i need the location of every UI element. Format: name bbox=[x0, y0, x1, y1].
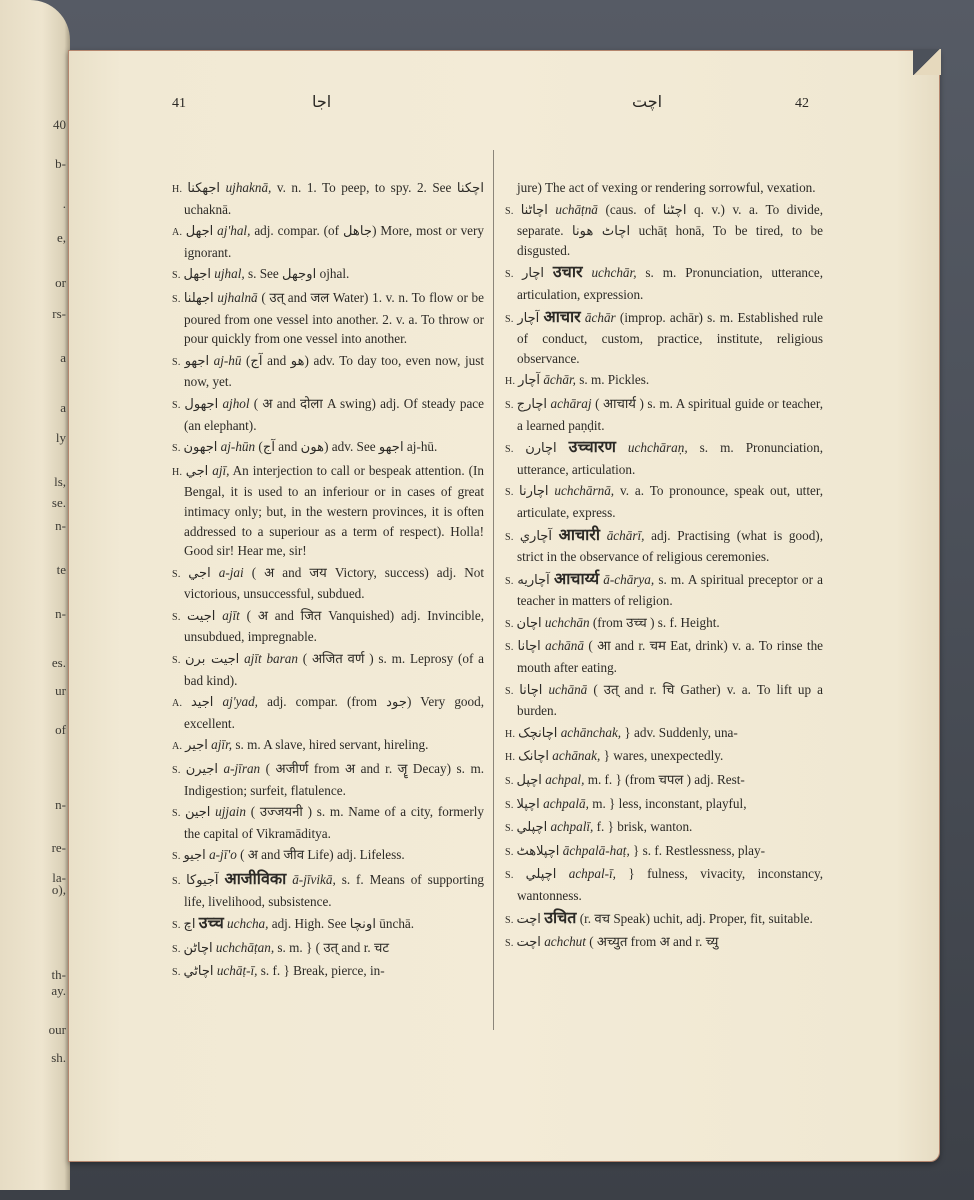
transliteration: uchchāṭan, bbox=[216, 940, 274, 955]
dictionary-entry: H. اجي ajī, An interjection to call or b… bbox=[172, 461, 484, 561]
definition: jure) The act of vexing or rendering sor… bbox=[517, 180, 816, 195]
source-label: S. bbox=[172, 765, 186, 776]
source-label: S. bbox=[172, 443, 183, 454]
source-label: S. bbox=[505, 938, 516, 949]
devanagari-headword: उच्च bbox=[199, 913, 224, 932]
urdu-headword: اچاٹنا bbox=[521, 203, 548, 218]
transliteration: a-jī'o bbox=[209, 847, 237, 862]
left-page-number: 41 bbox=[172, 96, 186, 112]
definition: (from उच्च ) s. f. Height. bbox=[593, 615, 720, 630]
transliteration: uchāṭnā bbox=[555, 202, 598, 217]
source-label: S. bbox=[505, 823, 516, 834]
urdu-headword: اچانا bbox=[519, 683, 542, 698]
source-label: S. bbox=[505, 269, 522, 280]
transliteration: uchcha, bbox=[227, 916, 268, 931]
dictionary-entry: S. اجهول ajhol ( अ and दोला A swing) adj… bbox=[172, 394, 484, 435]
source-label: H. bbox=[172, 467, 186, 478]
right-running-head: اچت bbox=[632, 92, 662, 111]
dictionary-entry: S. اچپلاهٹ āchpalā-haṭ, } s. f. Restless… bbox=[505, 841, 823, 863]
column-divider bbox=[493, 150, 494, 1030]
source-label: S. bbox=[172, 967, 183, 978]
dictionary-entry: S. اچپل achpal, m. f. } (from चपल ) adj.… bbox=[505, 770, 823, 792]
source-label: S. bbox=[505, 444, 525, 455]
source-label: H. bbox=[505, 752, 518, 763]
urdu-headword: آجيوكا bbox=[186, 873, 218, 888]
urdu-headword: اچاٹن bbox=[183, 941, 212, 956]
definition: } fulness, vivacity, inconstancy, wanton… bbox=[517, 866, 823, 903]
transliteration: ujhaknā, bbox=[226, 180, 272, 195]
dictionary-entry: S. آچاريه आचार्य्य ā-chārya, s. m. A spi… bbox=[505, 569, 823, 611]
source-label: S. bbox=[505, 686, 519, 697]
devanagari-headword: उच्चारण bbox=[569, 437, 616, 456]
definition: adj. High. See اونچا ūnchā. bbox=[272, 916, 414, 931]
urdu-headword: اجهول bbox=[184, 397, 218, 412]
urdu-headword: اچارنا bbox=[519, 484, 548, 499]
transliteration: achānak, bbox=[552, 748, 600, 763]
dictionary-entry: S. اجهون aj-hūn (آج and هون) adv. See اج… bbox=[172, 437, 484, 459]
source-label: S. bbox=[172, 294, 184, 305]
previous-page-text: re- bbox=[52, 840, 66, 856]
transliteration: ajī, bbox=[212, 463, 229, 478]
transliteration: aj'hal, bbox=[217, 223, 250, 238]
previous-page-text: a bbox=[60, 400, 66, 416]
dictionary-entry: S. اجهو aj-hū (آج and هو) adv. To day to… bbox=[172, 351, 484, 392]
dictionary-entry: S. اجيو a-jī'o ( अ and जीव Life) adj. Li… bbox=[172, 845, 484, 867]
source-label: S. bbox=[172, 876, 186, 887]
urdu-headword: اچپلي bbox=[526, 867, 557, 882]
transliteration: achpalī, bbox=[550, 819, 593, 834]
transliteration: achānā bbox=[545, 638, 584, 653]
urdu-headword: اجيت برن bbox=[185, 652, 239, 667]
right-column: jure) The act of vexing or rendering sor… bbox=[505, 178, 823, 956]
transliteration: ajhol bbox=[222, 396, 249, 411]
urdu-headword: آچاريه bbox=[517, 573, 549, 588]
transliteration: āchārī, bbox=[607, 528, 645, 543]
devanagari-headword: आचारी bbox=[559, 525, 600, 544]
dictionary-entry: S. اچاٹي uchāṭ-ī, s. f. } Break, pierce,… bbox=[172, 961, 484, 983]
transliteration: achpal-ī, bbox=[569, 866, 616, 881]
dictionary-entry: S. اچ उच्च uchcha, adj. High. See اونچا … bbox=[172, 913, 484, 936]
dictionary-entry: H. اچانک achānak, } wares, unexpectedly. bbox=[505, 746, 823, 768]
urdu-headword: اجيت bbox=[187, 609, 215, 624]
urdu-headword: آچار bbox=[517, 311, 539, 326]
transliteration: a-jai bbox=[219, 565, 244, 580]
urdu-headword: اجهلنا bbox=[184, 291, 214, 306]
dictionary-entry: S. آجيوكا आजीविका ā-jīvikā, s. f. Means … bbox=[172, 869, 484, 911]
source-label: A. bbox=[172, 698, 191, 709]
devanagari-headword: आजीविका bbox=[224, 869, 286, 888]
dictionary-entry: S. آچار आचार āchār (improp. achār) s. m.… bbox=[505, 307, 823, 369]
definition: s. f. } Break, pierce, in- bbox=[261, 963, 385, 978]
urdu-headword: اچانا bbox=[518, 639, 541, 654]
definition: } s. f. Restlessness, play- bbox=[633, 843, 765, 858]
definition: (آج and هون) adv. See اجهو aj-hū. bbox=[258, 439, 437, 454]
dictionary-entry: A. اجيد aj'yad, adj. compar. (from جود) … bbox=[172, 692, 484, 733]
transliteration: uchchāraṇ, bbox=[628, 440, 688, 455]
urdu-headword: آچاري bbox=[520, 529, 552, 544]
dictionary-entry: S. اچانا achānā ( आ and r. चम Eat, drink… bbox=[505, 636, 823, 677]
urdu-headword: اچپلي bbox=[516, 820, 547, 835]
dictionary-entry: S. اچان uchchān (from उच्च ) s. f. Heigh… bbox=[505, 613, 823, 635]
urdu-headword: اچارج bbox=[517, 397, 547, 412]
transliteration: achāraj bbox=[551, 396, 592, 411]
source-label: S. bbox=[172, 920, 183, 931]
dictionary-entry: S. اجهلنا ujhalnā ( उत् and जल Water) 1.… bbox=[172, 288, 484, 349]
source-label: S. bbox=[172, 357, 185, 368]
dictionary-entry: A. اجهل aj'hal, adj. compar. (of جاهل) M… bbox=[172, 221, 484, 262]
dictionary-entry: S. اچاٹن uchchāṭan, s. m. } ( उत् and r.… bbox=[172, 938, 484, 960]
definition: s. m. A slave, hired servant, hireling. bbox=[235, 737, 428, 752]
previous-page-text: th- bbox=[52, 967, 66, 983]
source-label: S. bbox=[505, 576, 517, 587]
transliteration: a-jīran bbox=[224, 761, 261, 776]
urdu-headword: اجهو bbox=[185, 354, 209, 369]
transliteration: āchār, bbox=[543, 372, 576, 387]
dictionary-entry: jure) The act of vexing or rendering sor… bbox=[505, 178, 823, 198]
previous-page-text: ly bbox=[56, 430, 66, 446]
transliteration: aj-hū bbox=[214, 353, 242, 368]
urdu-headword: اچپل bbox=[516, 773, 541, 788]
source-label: S. bbox=[505, 314, 517, 325]
source-label: S. bbox=[172, 851, 183, 862]
source-label: H. bbox=[172, 184, 187, 195]
dictionary-entry: S. اچارنا uchchārnā, v. a. To pronounce,… bbox=[505, 481, 823, 522]
previous-page-text: es. bbox=[52, 655, 66, 671]
previous-page-text: our bbox=[49, 1022, 66, 1038]
source-label: S. bbox=[505, 847, 516, 858]
urdu-headword: اچت bbox=[516, 912, 540, 927]
dictionary-entry: S. اجي a-jai ( अ and जय Victory, success… bbox=[172, 563, 484, 604]
definition: m. } less, inconstant, playful, bbox=[592, 796, 746, 811]
dictionary-entry: S. اچارن उच्चारण uchchāraṇ, s. m. Pronun… bbox=[505, 437, 823, 479]
dictionary-entry: S. اجهل ujhal, s. See اوجهل ojhal. bbox=[172, 264, 484, 286]
urdu-headword: اجهل bbox=[183, 267, 211, 282]
source-label: S. bbox=[505, 487, 519, 498]
transliteration: uchchārnā, bbox=[554, 483, 614, 498]
urdu-headword: اجير bbox=[185, 738, 208, 753]
transliteration: uchāṭ-ī, bbox=[217, 963, 258, 978]
urdu-headword: آچار bbox=[518, 373, 540, 388]
previous-page-text: te bbox=[57, 562, 66, 578]
devanagari-headword: आचार bbox=[544, 307, 581, 326]
dictionary-entry: S. اچار उचार uchchār, s. m. Pronunciatio… bbox=[505, 262, 823, 304]
transliteration: ā-chārya, bbox=[603, 572, 654, 587]
source-label: S. bbox=[172, 808, 185, 819]
source-label: S. bbox=[505, 870, 526, 881]
source-label: S. bbox=[505, 619, 516, 630]
dictionary-entry: S. اچانا uchānā ( उत् and r. चि Gather) … bbox=[505, 680, 823, 721]
source-label: S. bbox=[505, 206, 521, 217]
previous-page-text: 40 bbox=[53, 117, 66, 133]
definition: f. } brisk, wanton. bbox=[597, 819, 693, 834]
transliteration: achānchak, bbox=[561, 725, 621, 740]
transliteration: ā-jīvikā, bbox=[292, 872, 336, 887]
urdu-headword: اجيد bbox=[191, 695, 213, 710]
previous-page-text: rs- bbox=[52, 306, 66, 322]
previous-page-text: n- bbox=[55, 606, 66, 622]
definition: m. f. } (from चपल ) adj. Rest- bbox=[588, 772, 745, 787]
urdu-headword: اجيرن bbox=[186, 762, 218, 777]
dictionary-entry: H. اچانچک achānchak, } adv. Suddenly, un… bbox=[505, 723, 823, 745]
dictionary-entry: H. اجهكنا ujhaknā, v. n. 1. To peep, to … bbox=[172, 178, 484, 219]
definition: ( अच्युत from अ and r. च्यु bbox=[589, 934, 718, 949]
dictionary-entry: H. آچار āchār, s. m. Pickles. bbox=[505, 370, 823, 392]
dictionary-entry: S. اچپلي achpalī, f. } brisk, wanton. bbox=[505, 817, 823, 839]
source-label: S. bbox=[172, 400, 184, 411]
previous-page-text: n- bbox=[55, 797, 66, 813]
definition: ( अ and जीव Life) adj. Lifeless. bbox=[240, 847, 405, 862]
previous-page-text: o), bbox=[52, 882, 66, 898]
urdu-headword: اجهكنا bbox=[187, 181, 220, 196]
previous-page-text: a bbox=[60, 350, 66, 366]
urdu-headword: اچ bbox=[183, 917, 195, 932]
transliteration: uchchār, bbox=[591, 265, 636, 280]
transliteration: āchār bbox=[585, 310, 616, 325]
dictionary-entry: S. اچارج achāraj ( आचार्य ) s. m. A spir… bbox=[505, 394, 823, 435]
source-label: S. bbox=[505, 532, 520, 543]
previous-page-edge: 40b-.e,orrs-aalyls,se.n-ten-es.urofn-re-… bbox=[0, 0, 70, 1190]
devanagari-headword: उचार bbox=[553, 262, 583, 281]
transliteration: aj-hūn bbox=[221, 439, 255, 454]
previous-page-text: . bbox=[63, 196, 66, 212]
dictionary-entry: S. اجين ujjain ( उज्जयनी ) s. m. Name of… bbox=[172, 802, 484, 843]
source-label: H. bbox=[505, 729, 518, 740]
urdu-headword: اچپلاهٹ bbox=[516, 844, 559, 859]
urdu-headword: اجهون bbox=[183, 440, 217, 455]
definition: s. See اوجهل ojhal. bbox=[248, 266, 349, 281]
transliteration: ajīt baran bbox=[244, 651, 298, 666]
dictionary-entry: S. اجيرن a-jīran ( अजीर्ण from अ and r. … bbox=[172, 759, 484, 800]
right-page-number: 42 bbox=[795, 96, 809, 112]
transliteration: ajīr, bbox=[211, 737, 232, 752]
transliteration: ajīt bbox=[222, 608, 240, 623]
definition: s. m. } ( उत् and r. चट bbox=[277, 940, 389, 955]
urdu-headword: اجي bbox=[188, 566, 210, 581]
urdu-headword: اجهل bbox=[186, 224, 214, 239]
dictionary-entry: S. اجيت برن ajīt baran ( अजित वर्ण ) s. … bbox=[172, 649, 484, 690]
transliteration: ujhal, bbox=[214, 266, 244, 281]
source-label: A. bbox=[172, 741, 185, 752]
transliteration: aj'yad, bbox=[223, 694, 258, 709]
source-label: S. bbox=[505, 800, 516, 811]
previous-page-text: or bbox=[55, 275, 66, 291]
urdu-headword: اچارن bbox=[525, 441, 556, 456]
urdu-headword: اجيو bbox=[183, 848, 205, 863]
previous-page-text: ur bbox=[55, 683, 66, 699]
transliteration: uchchān bbox=[545, 615, 590, 630]
source-label: S. bbox=[505, 776, 516, 787]
source-label: H. bbox=[505, 376, 518, 387]
urdu-headword: اچار bbox=[522, 266, 544, 281]
previous-page-text: of bbox=[55, 722, 66, 738]
transliteration: achpalā, bbox=[543, 796, 589, 811]
dictionary-entry: S. اچاٹنا uchāṭnā (caus. of اچٹنا q. v.)… bbox=[505, 200, 823, 261]
left-running-head: اجا bbox=[312, 92, 331, 111]
urdu-headword: اچپلا bbox=[516, 797, 539, 812]
transliteration: ujjain bbox=[215, 804, 246, 819]
urdu-headword: اجي bbox=[186, 464, 208, 479]
source-label: A. bbox=[172, 227, 186, 238]
previous-page-text: ls, bbox=[54, 474, 66, 490]
previous-page-text: sh. bbox=[51, 1050, 66, 1066]
source-label: S. bbox=[505, 642, 518, 653]
source-label: S. bbox=[505, 400, 517, 411]
left-column: H. اجهكنا ujhaknā, v. n. 1. To peep, to … bbox=[172, 178, 484, 985]
dictionary-entry: S. اچپلا achpalā, m. } less, inconstant,… bbox=[505, 794, 823, 816]
definition: } wares, unexpectedly. bbox=[604, 748, 724, 763]
dictionary-entry: S. اچت उचित (r. वच Speak) uchit, adj. Pr… bbox=[505, 908, 823, 931]
devanagari-headword: आचार्य्य bbox=[554, 569, 599, 588]
transliteration: achpal, bbox=[545, 772, 584, 787]
dictionary-entry: S. اجيت ajīt ( अ and जित Vanquished) adj… bbox=[172, 606, 484, 647]
previous-page-text: n- bbox=[55, 518, 66, 534]
source-label: S. bbox=[172, 612, 187, 623]
source-label: S. bbox=[172, 569, 188, 580]
source-label: S. bbox=[172, 944, 183, 955]
definition: s. m. Pickles. bbox=[579, 372, 649, 387]
transliteration: ujhalnā bbox=[217, 290, 257, 305]
dictionary-entry: S. آچاري आचारी āchārī, adj. Practising (… bbox=[505, 525, 823, 567]
dictionary-entry: S. اچت achchut ( अच्युत from अ and r. च्… bbox=[505, 932, 823, 954]
source-label: S. bbox=[505, 915, 516, 926]
definition: (r. वच Speak) uchit, adj. Proper, fit, s… bbox=[580, 911, 813, 926]
urdu-headword: اچت bbox=[516, 935, 540, 950]
urdu-headword: اچانچک bbox=[518, 726, 557, 741]
devanagari-headword: उचित bbox=[544, 908, 576, 927]
source-label: S. bbox=[172, 655, 185, 666]
transliteration: achchut bbox=[544, 934, 586, 949]
urdu-headword: اچان bbox=[516, 616, 541, 631]
urdu-headword: اجين bbox=[185, 805, 210, 820]
previous-page-text: e, bbox=[57, 230, 66, 246]
urdu-headword: اچانک bbox=[518, 749, 549, 764]
dictionary-entry: S. اچپلي achpal-ī, } fulness, vivacity, … bbox=[505, 864, 823, 905]
definition: } adv. Suddenly, una- bbox=[624, 725, 737, 740]
folded-corner bbox=[913, 49, 941, 75]
previous-page-text: ay. bbox=[51, 983, 66, 999]
previous-page-text: b- bbox=[55, 156, 66, 172]
transliteration: āchpalā-haṭ, bbox=[563, 843, 630, 858]
previous-page-text: se. bbox=[52, 495, 66, 511]
urdu-headword: اچاٹي bbox=[183, 964, 213, 979]
source-label: S. bbox=[172, 270, 183, 281]
definition: An interjection to call or bespeak atten… bbox=[184, 463, 484, 558]
transliteration: uchānā bbox=[548, 682, 587, 697]
dictionary-entry: A. اجير ajīr, s. m. A slave, hired serva… bbox=[172, 735, 484, 757]
